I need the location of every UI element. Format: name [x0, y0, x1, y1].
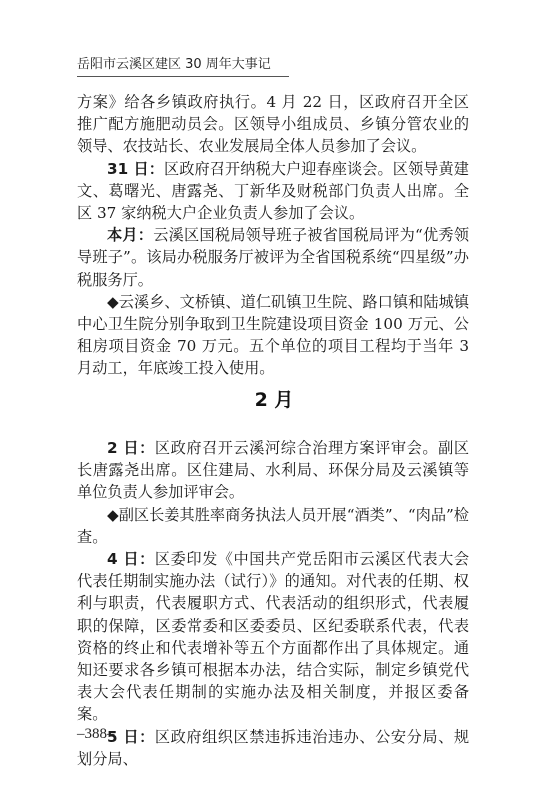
paragraph: 本月：云溪区国税局领导班子被省国税局评为“优秀领导班子”。该局办税服务厅被评为全…: [77, 224, 469, 291]
header-rule: [77, 76, 289, 77]
date-label: 2 日：: [107, 439, 155, 457]
running-title: 岳阳市云溪区建区 30 周年大事记: [77, 53, 271, 72]
january-section: 方案》给各乡镇政府执行。4 月 22 日，区政府召开全区推广配方施肥动员会。区领…: [77, 91, 469, 380]
month-heading: 2 月: [0, 385, 548, 412]
paragraph-text: 方案》给各乡镇政府执行。4 月 22 日，区政府召开全区推广配方施肥动员会。区领…: [77, 93, 469, 155]
paragraph-text: 副区长姜其胜率商务执法人员开展“酒类”、“肉品”检查。: [77, 506, 469, 546]
paragraph: ◆副区长姜其胜率商务执法人员开展“酒类”、“肉品”检查。: [77, 504, 469, 548]
date-label: 4 日：: [107, 550, 155, 568]
paragraph: 2 日：区政府召开云溪河综合治理方案评审会。副区长唐露尧出席。区住建局、水利局、…: [77, 437, 469, 504]
date-label: 本月：: [107, 226, 153, 244]
paragraph: 5 日：区政府组织区禁违拆违治违办、公安分局、规划分局、: [77, 726, 469, 770]
diamond-bullet-icon: ◆: [107, 506, 119, 524]
paragraph: ◆云溪乡、文桥镇、道仁矶镇卫生院、路口镇和陆城镇中心卫生院分别争取到卫生院建设项…: [77, 291, 469, 380]
paragraph: 方案》给各乡镇政府执行。4 月 22 日，区政府召开全区推广配方施肥动员会。区领…: [77, 91, 469, 158]
february-section: 2 日：区政府召开云溪河综合治理方案评审会。副区长唐露尧出席。区住建局、水利局、…: [77, 437, 469, 770]
paragraph: 31 日：区政府召开纳税大户迎春座谈会。区领导黄建文、葛曙光、唐露尧、丁新华及财…: [77, 158, 469, 225]
paragraph-text: 区委印发《中国共产党岳阳市云溪区代表大会代表任期制实施办法（试行）》的通知。对代…: [77, 550, 469, 723]
paragraph: 4 日：区委印发《中国共产党岳阳市云溪区代表大会代表任期制实施办法（试行）》的通…: [77, 548, 469, 726]
date-label: 31 日：: [107, 160, 164, 178]
paragraph-text: 云溪乡、文桥镇、道仁矶镇卫生院、路口镇和陆城镇中心卫生院分别争取到卫生院建设项目…: [77, 293, 469, 378]
page-number: –388–: [77, 726, 115, 743]
diamond-bullet-icon: ◆: [107, 293, 119, 311]
